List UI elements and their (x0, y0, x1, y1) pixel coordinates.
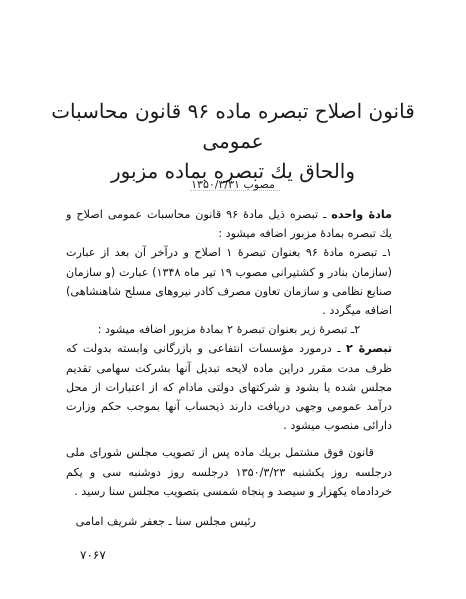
note-2-text: ـ درمورد مؤسسات انتفاعی و بازرگانی وابست… (66, 342, 392, 432)
note-2-label: تبصرهٔ ۲ (346, 342, 392, 355)
item-2: ۲ـ تبصرهٔ زیر بعنوان تبصرهٔ ۲ بمادهٔ مزب… (66, 320, 392, 339)
page-number: ۷۰۶۷ (80, 548, 106, 562)
item-1: ۱ـ تبصره مادهٔ ۹۶ بعنوان تبصرهٔ ۱ اصلاح … (66, 243, 392, 320)
single-article-label: مادهٔ واحده (331, 208, 392, 221)
dotted-divider (190, 190, 280, 192)
document-page: قانون اصلاح تبصره ماده ۹۶ قانون محاسبات … (0, 0, 466, 599)
signature: رئیس مجلس سنا ـ جعفر شریف امامی (76, 515, 256, 528)
title-line-1: قانون اصلاح تبصره ماده ۹۶ قانون محاسبات … (40, 96, 426, 156)
law-body: مادهٔ واحده ـ تبصره ذیل مادهٔ ۹۶ قانون م… (66, 205, 392, 501)
note-2: تبصرهٔ ۲ ـ درمورد مؤسسات انتفاعی و بازرگ… (66, 339, 392, 435)
single-article: مادهٔ واحده ـ تبصره ذیل مادهٔ ۹۶ قانون م… (66, 205, 392, 243)
closing-paragraph: قانون فوق مشتمل بریك ماده پس از تصویب مج… (66, 443, 392, 501)
law-title: قانون اصلاح تبصره ماده ۹۶ قانون محاسبات … (40, 96, 426, 186)
